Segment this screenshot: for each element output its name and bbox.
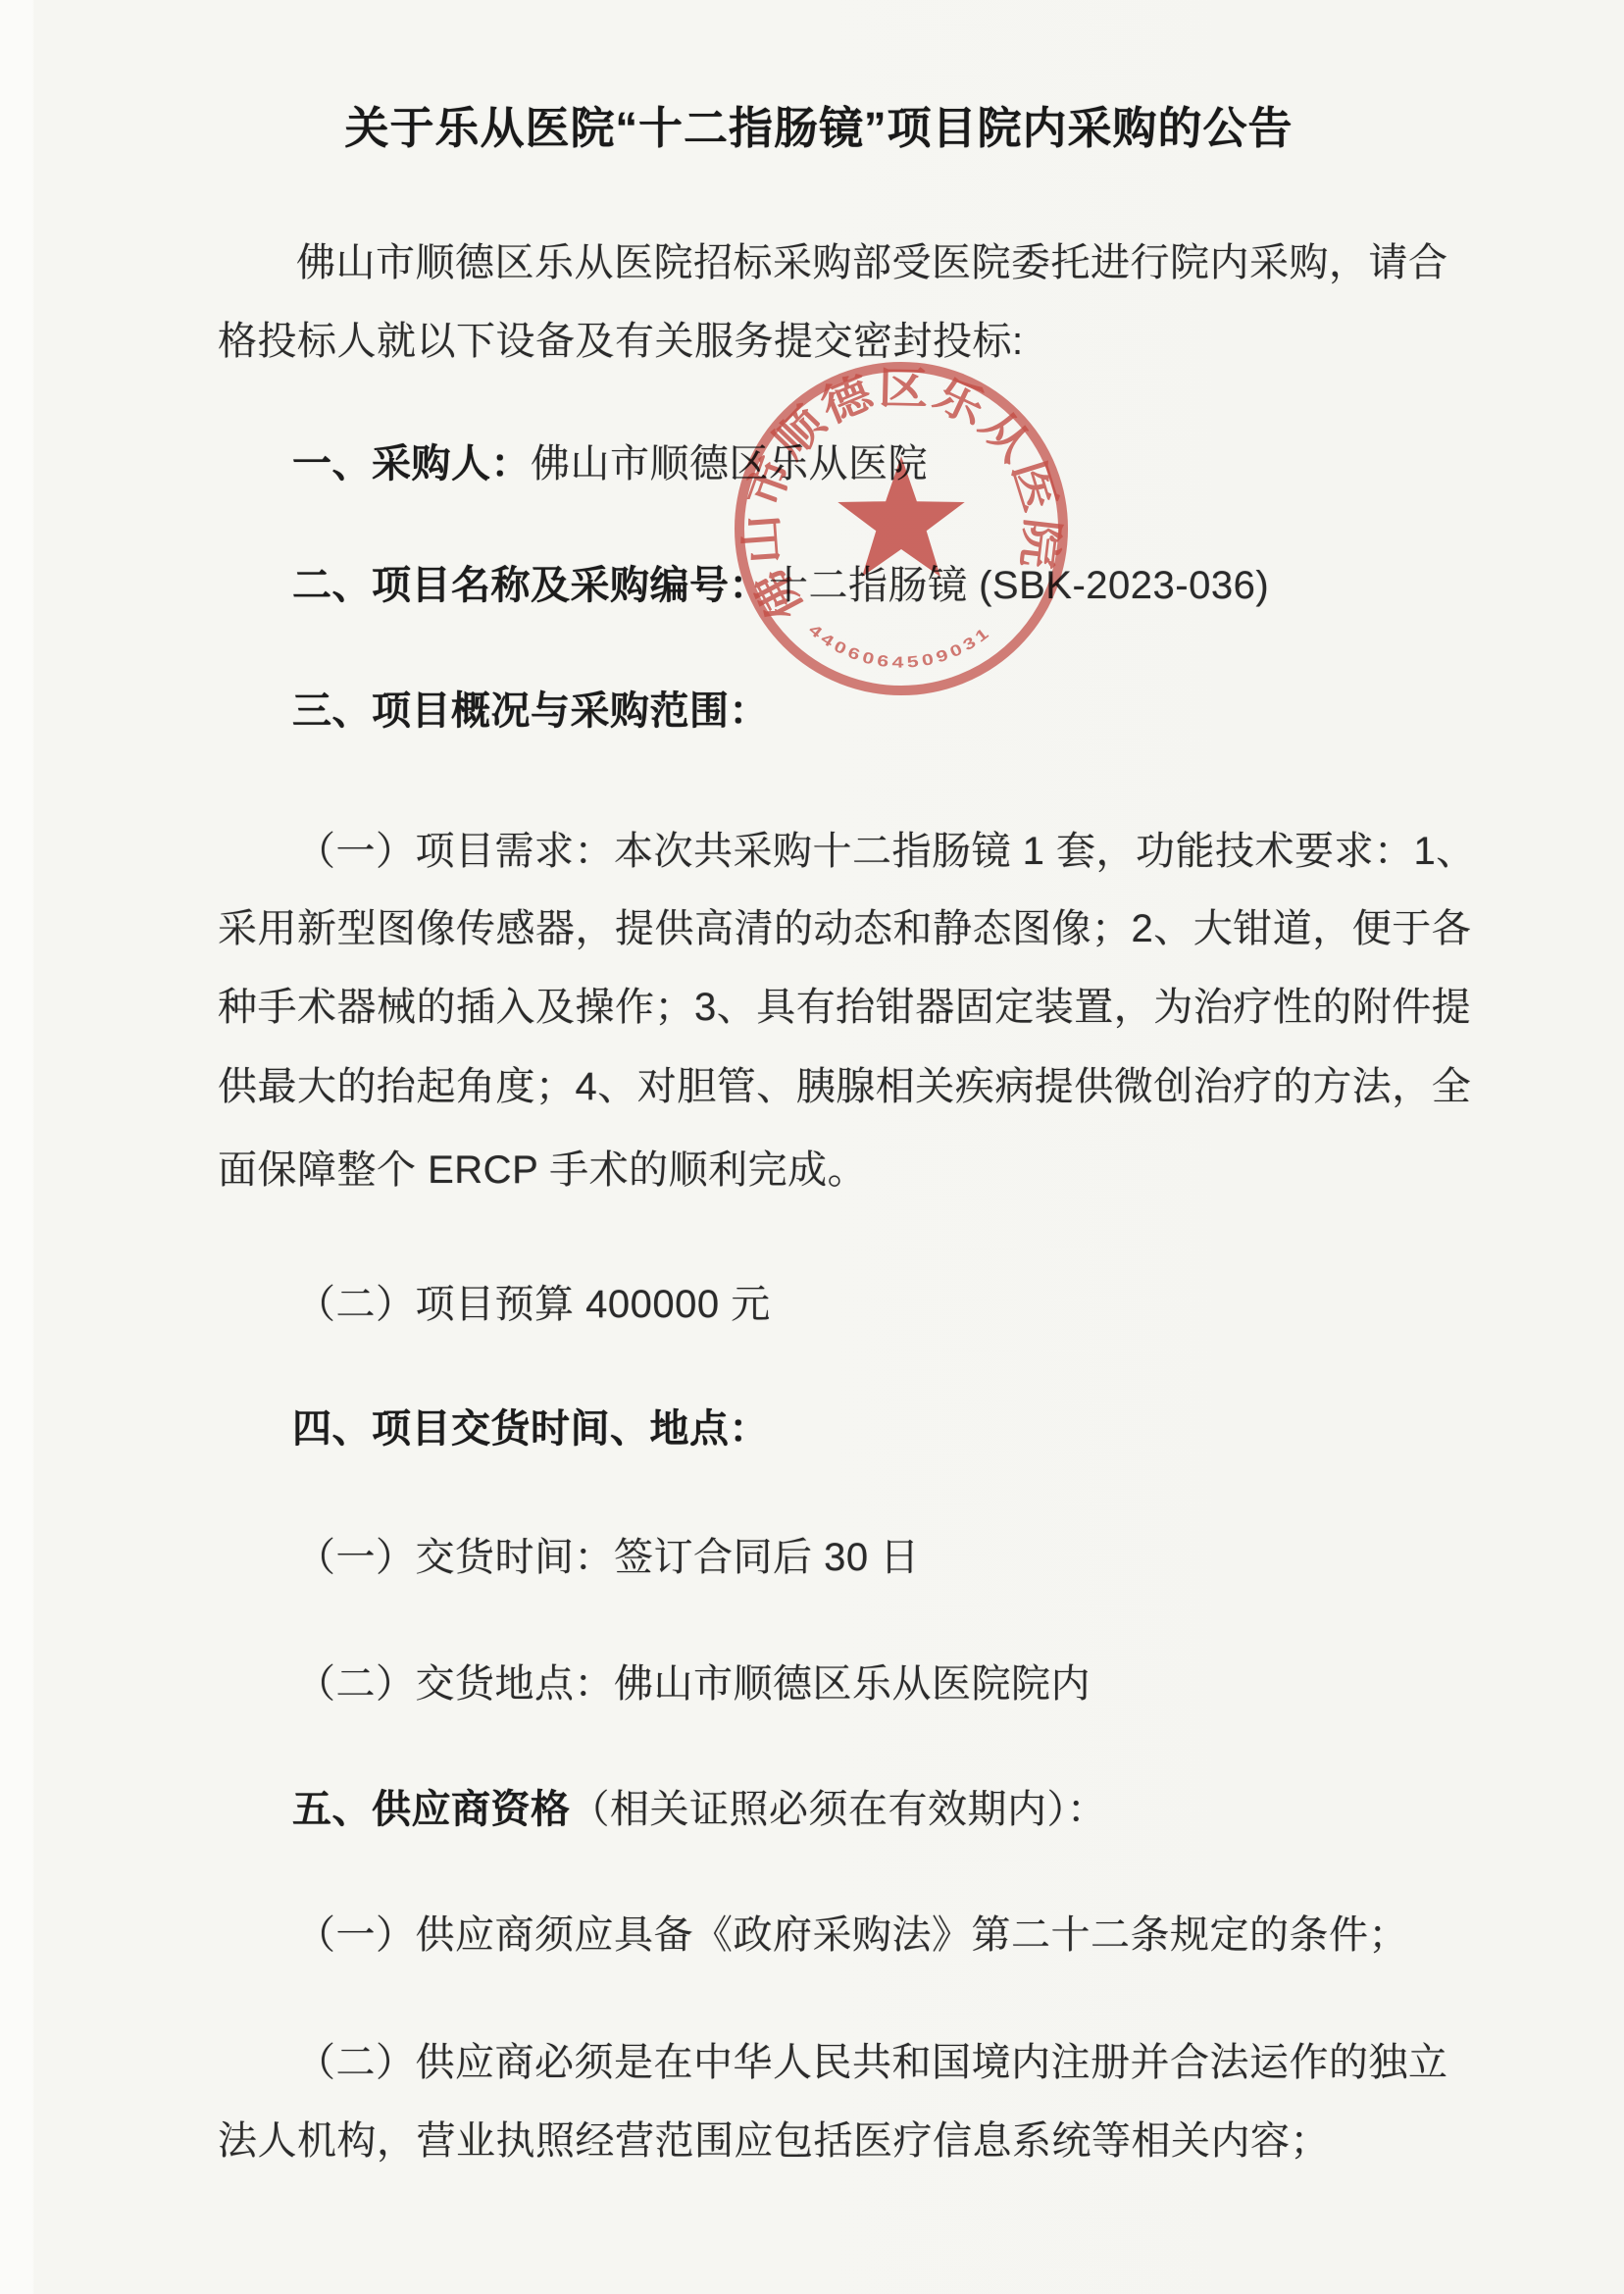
svg-text:4406064509031: 4406064509031 — [805, 622, 995, 672]
buyer-line: 一、采购人：佛山市顺德区乐从医院 — [292, 439, 928, 488]
scanned-document-page: 关于乐从医院“十二指肠镜”项目院内采购的公告 佛山市顺德区乐从医院招标采购部受医… — [0, 0, 1624, 2294]
delivery-heading: 四、项目交货时间、地点： — [292, 1404, 769, 1453]
delivery-time-line: （一）交货时间：签订合同后 30 日 — [296, 1533, 920, 1582]
budget-line: （二）项目预算 400000 元 — [296, 1280, 771, 1329]
overview-heading: 三、项目概况与采购范围： — [292, 687, 769, 736]
buyer-label: 一、采购人： — [292, 442, 531, 485]
requirements-line-1: （一）项目需求：本次共采购十二指肠镜 1 套，功能技术要求：1、 — [296, 827, 1476, 876]
supplier-req1-line: （一）供应商须应具备《政府采购法》第二十二条规定的条件； — [296, 1911, 1408, 1960]
requirements-line-3: 种手术器械的插入及操作；3、具有抬钳器固定装置，为治疗性的附件提 — [218, 983, 1471, 1032]
supplier-heading: 五、供应商资格（相关证照必须在有效期内）： — [292, 1785, 1107, 1834]
requirements-line-2: 采用新型图像传感器，提供高清的动态和静态图像；2、大钳道，便于各 — [218, 904, 1471, 953]
intro-line-2: 格投标人就以下设备及有关服务提交密封投标: — [218, 317, 1024, 366]
project-value: 十二指肠镜 (SBK-2023-036) — [769, 564, 1269, 607]
delivery-place-line: （二）交货地点：佛山市顺德区乐从医院院内 — [296, 1659, 1091, 1708]
buyer-value: 佛山市顺德区乐从医院 — [531, 442, 928, 485]
project-line: 二、项目名称及采购编号：十二指肠镜 (SBK-2023-036) — [292, 561, 1269, 610]
requirements-line-5: 面保障整个 ERCP 手术的顺利完成。 — [218, 1146, 867, 1195]
seal-ring — [739, 367, 1063, 690]
supplier-req2-line-1: （二）供应商必须是在中华人民共和国境内注册并合法运作的独立 — [296, 2038, 1448, 2087]
seal-code-text: 4406064509031 — [805, 622, 995, 672]
requirements-line-4: 供最大的抬起角度；4、对胆管、胰腺相关疾病提供微创治疗的方法，全 — [218, 1062, 1471, 1111]
intro-line-1: 佛山市顺德区乐从医院招标采购部受医院委托进行院内采购，请合 — [296, 238, 1448, 287]
project-label: 二、项目名称及采购编号： — [292, 564, 769, 607]
supplier-heading-label: 五、供应商资格 — [292, 1788, 571, 1831]
supplier-req2-line-2: 法人机构，营业执照经营范围应包括医疗信息系统等相关内容； — [218, 2116, 1330, 2166]
supplier-heading-suffix: （相关证照必须在有效期内）： — [571, 1788, 1107, 1831]
official-seal: 佛山市顺德区乐从医院 4406064509031 — [728, 355, 1075, 702]
page-title: 关于乐从医院“十二指肠镜”项目院内采购的公告 — [196, 92, 1442, 156]
